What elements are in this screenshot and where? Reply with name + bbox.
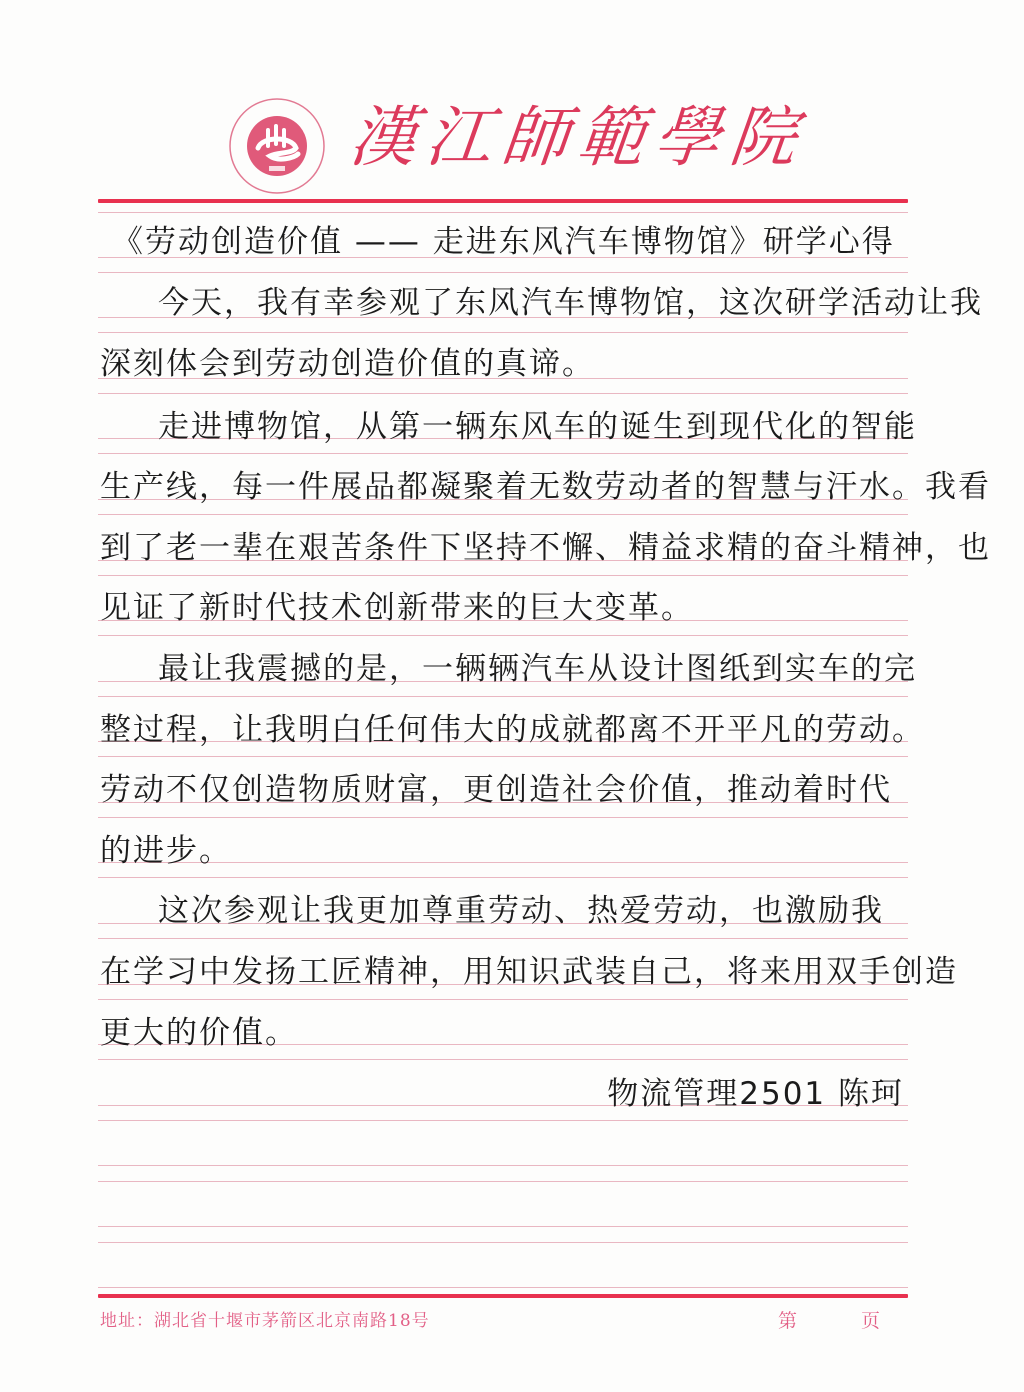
essay-line: 整过程，让我明白任何伟大的成就都离不开平凡的劳动。 bbox=[100, 706, 915, 754]
ruled-line bbox=[98, 393, 908, 394]
school-name-title: 漢江師範學院 bbox=[345, 88, 812, 188]
essay-line: 走进博物馆，从第一辆东风车的诞生到现代化的智能 bbox=[100, 403, 973, 451]
ruled-line bbox=[98, 575, 908, 576]
page-label-prefix: 第 bbox=[778, 1306, 797, 1333]
essay-line: 最让我震撼的是，一辆辆汽车从设计图纸到实车的完 bbox=[100, 645, 973, 693]
essay-line: 生产线，每一件展品都凝聚着无数劳动者的智慧与汗水。我看 bbox=[100, 463, 915, 511]
ruled-line bbox=[98, 938, 908, 939]
essay-line: 的进步。 bbox=[100, 827, 915, 875]
essay-title: 《劳动创造价值 —— 走进东风汽车博物馆》研学心得 bbox=[112, 218, 927, 266]
ruled-line bbox=[98, 514, 908, 515]
university-seal-icon bbox=[218, 96, 336, 196]
footer-address: 地址：湖北省十堰市茅箭区北京南路18号 bbox=[100, 1306, 430, 1331]
essay-line: 在学习中发扬工匠精神，用知识武装自己，将来用双手创造 bbox=[100, 948, 915, 996]
ruled-line bbox=[98, 877, 908, 878]
ruled-line bbox=[98, 756, 908, 757]
essay-line: 今天，我有幸参观了东风汽车博物馆，这次研学活动让我 bbox=[100, 279, 973, 327]
ruled-line bbox=[98, 272, 908, 273]
ruled-line bbox=[98, 1059, 908, 1060]
letterhead-page: 漢江師範學院 《劳动创造价值 —— 走进东风汽车博物馆》研学心得 今天，我有幸参… bbox=[0, 0, 1024, 1392]
ruled-line bbox=[98, 1165, 908, 1166]
ruled-line bbox=[98, 453, 908, 454]
ruled-line bbox=[98, 817, 908, 818]
ruled-line bbox=[98, 635, 908, 636]
essay-line: 更大的价值。 bbox=[100, 1009, 915, 1057]
ruled-line bbox=[98, 999, 908, 1000]
footer-red-rule bbox=[98, 1294, 908, 1298]
essay-line: 见证了新时代技术创新带来的巨大变革。 bbox=[100, 584, 915, 632]
page-number-label: 第页 bbox=[778, 1306, 880, 1333]
header-red-rule bbox=[98, 199, 908, 203]
essay-line: 到了老一辈在艰苦条件下坚持不懈、精益求精的奋斗精神，也 bbox=[100, 524, 915, 572]
ruled-line bbox=[98, 1181, 908, 1182]
ruled-line bbox=[98, 1287, 908, 1288]
ruled-line bbox=[98, 696, 908, 697]
ruled-line bbox=[98, 212, 908, 213]
ruled-line bbox=[98, 1242, 908, 1243]
ruled-line bbox=[98, 332, 908, 333]
essay-line: 这次参观让我更加尊重劳动、热爱劳动，也激励我 bbox=[100, 887, 973, 935]
page-label-suffix: 页 bbox=[861, 1306, 880, 1333]
ruled-line bbox=[98, 1120, 908, 1121]
essay-line: 深刻体会到劳动创造价值的真谛。 bbox=[100, 340, 915, 388]
ruled-line bbox=[98, 1226, 908, 1227]
essay-line: 劳动不仅创造物质财富，更创造社会价值，推动着时代 bbox=[100, 766, 915, 814]
signature: 物流管理2501 陈珂 bbox=[607, 1070, 904, 1118]
